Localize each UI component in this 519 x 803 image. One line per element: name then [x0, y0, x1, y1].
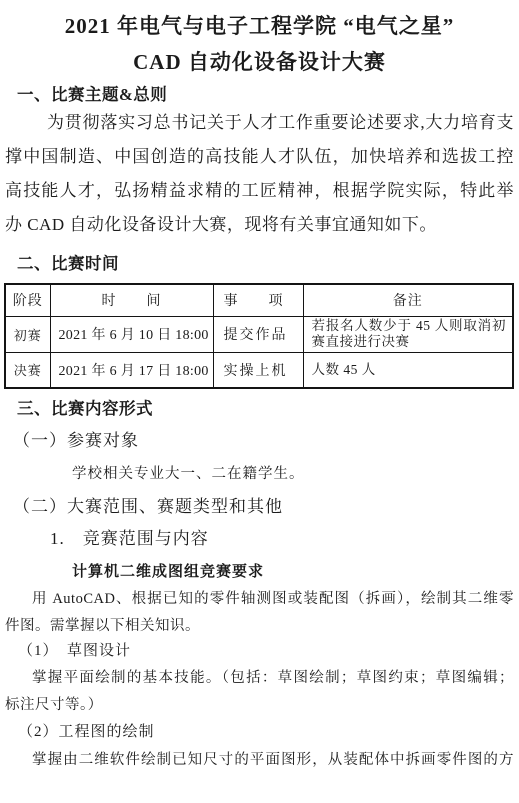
- sub1-heading: （一）参赛对象: [13, 429, 514, 453]
- table-header-stage: 阶段: [5, 284, 50, 316]
- paragraph-line: 办 CAD 自动化设备设计大赛，现将有关事宜通知如下。: [5, 208, 514, 242]
- paragraph-line: 用 AutoCAD、根据已知的零件轴测图或装配图（拆画），绘制其二维零: [5, 586, 514, 613]
- cell-item: 实操上机: [213, 352, 303, 388]
- section1-heading: 一、比赛主题&总则: [17, 84, 514, 106]
- cell-stage: 初赛: [5, 316, 50, 352]
- group-heading: 计算机二维成图组竞赛要求: [72, 561, 514, 583]
- cell-time: 2021 年 6 月 10 日 18:00: [50, 316, 213, 352]
- table-row: 决赛 2021 年 6 月 17 日 18:00 实操上机 人数 45 人: [5, 352, 513, 388]
- paragraph-line: 撑中国制造、中国创造的高技能人才队伍，加快培养和选拔工控: [5, 140, 514, 174]
- sub2-heading: （二）大赛范围、赛题类型和其他: [13, 495, 514, 519]
- paragraph-line: 件图。需掌握以下相关知识。: [5, 613, 514, 640]
- paragraph-line: 掌握平面绘制的基本技能。（包括：草图绘制；草图约束；草图编辑；: [5, 665, 514, 692]
- title-line-2: CAD 自动化设备设计大赛: [5, 44, 514, 80]
- sub1-note: 学校相关专业大一、二在籍学生。: [72, 463, 514, 485]
- point1-paragraph: 掌握平面绘制的基本技能。（包括：草图绘制；草图约束；草图编辑； 标注尺寸等。）: [5, 665, 514, 719]
- schedule-table: 阶段 时 间 事 项 备注 初赛 2021 年 6 月 10 日 18:00 提…: [4, 283, 514, 389]
- paragraph-line: 高技能人才，弘扬精益求精的工匠精神，根据学院实际，特此举: [5, 174, 514, 208]
- point1-heading: （1） 草图设计: [18, 640, 514, 662]
- table-header-note: 备注: [303, 284, 513, 316]
- section3-heading: 三、比赛内容形式: [17, 398, 514, 420]
- cell-note: 人数 45 人: [303, 352, 513, 388]
- cell-item: 提交作品: [213, 316, 303, 352]
- table-row: 初赛 2021 年 6 月 10 日 18:00 提交作品 若报名人数少于 45…: [5, 316, 513, 352]
- paragraph-line: 标注尺寸等。）: [5, 692, 514, 719]
- cell-note: 若报名人数少于 45 人则取消初赛直接进行决赛: [303, 316, 513, 352]
- group-intro-paragraph: 用 AutoCAD、根据已知的零件轴测图或装配图（拆画），绘制其二维零 件图。需…: [5, 586, 514, 640]
- point2-heading: （2）工程图的绘制: [18, 721, 514, 743]
- item1-heading: 1. 竞赛范围与内容: [50, 527, 514, 551]
- table-header-item: 事 项: [213, 284, 303, 316]
- table-header-row: 阶段 时 间 事 项 备注: [5, 284, 513, 316]
- cell-stage: 决赛: [5, 352, 50, 388]
- section2-heading: 二、比赛时间: [17, 253, 514, 275]
- point2-paragraph: 掌握由二维软件绘制已知尺寸的平面图形，从装配体中拆画零件图的方: [5, 747, 514, 774]
- paragraph-line: 为贯彻落实习总书记关于人才工作重要论述要求,大力培育支: [5, 106, 514, 140]
- doc-title: 2021 年电气与电子工程学院 “电气之星” CAD 自动化设备设计大赛: [5, 8, 514, 80]
- title-line-1: 2021 年电气与电子工程学院 “电气之星”: [5, 8, 514, 44]
- cell-time: 2021 年 6 月 17 日 18:00: [50, 352, 213, 388]
- section1-paragraph: 为贯彻落实习总书记关于人才工作重要论述要求,大力培育支 撑中国制造、中国创造的高…: [5, 106, 514, 242]
- table-header-time: 时 间: [50, 284, 213, 316]
- paragraph-line: 掌握由二维软件绘制已知尺寸的平面图形，从装配体中拆画零件图的方: [5, 747, 514, 774]
- document-page: 2021 年电气与电子工程学院 “电气之星” CAD 自动化设备设计大赛 一、比…: [0, 0, 519, 803]
